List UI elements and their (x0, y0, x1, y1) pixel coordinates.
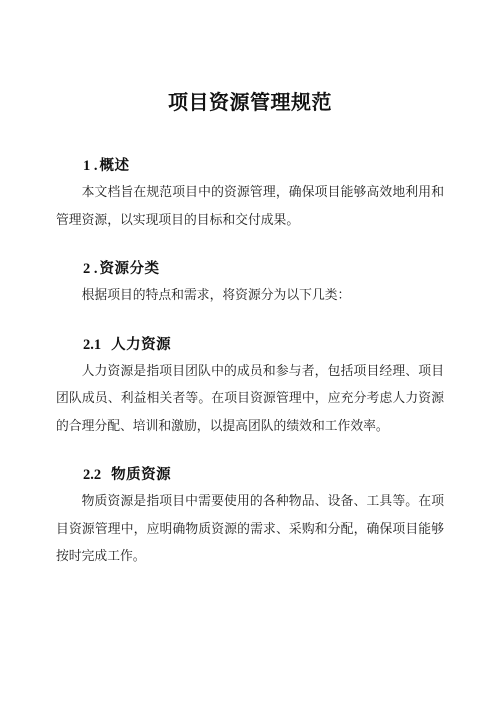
section-heading-text: 概述 (100, 158, 130, 174)
section-heading-text: 资源分类 (100, 261, 160, 277)
section-number: 2 . (83, 261, 98, 277)
paragraph: 物质资源是指项目中需要使用的各种物品、设备、工具等。在项目资源管理中，应明确物质… (56, 488, 444, 571)
section-heading: 2.1人力资源 (56, 335, 444, 356)
document-title: 项目资源管理规范 (56, 0, 444, 116)
paragraph: 根据项目的特点和需求，将资源分为以下几类： (56, 282, 444, 310)
document-page: 项目资源管理规范 1 .概述 本文档旨在规范项目中的资源管理，确保项目能够高效地… (0, 0, 500, 707)
paragraph: 本文档旨在规范项目中的资源管理，确保项目能够高效地利用和管理资源，以实现项目的目… (56, 179, 444, 234)
section-heading: 1 .概述 (56, 156, 444, 177)
section-overview: 1 .概述 本文档旨在规范项目中的资源管理，确保项目能够高效地利用和管理资源，以… (56, 156, 444, 234)
section-heading: 2 .资源分类 (56, 259, 444, 280)
paragraph: 人力资源是指项目团队中的成员和参与者，包括项目经理、项目团队成员、利益相关者等。… (56, 358, 444, 441)
section-heading: 2.2物质资源 (56, 465, 444, 486)
section-number: 2.1 (83, 337, 101, 353)
section-heading-text: 人力资源 (111, 337, 171, 353)
section-heading-text: 物质资源 (111, 467, 171, 483)
section-resource-classification: 2 .资源分类 根据项目的特点和需求，将资源分为以下几类： (56, 259, 444, 310)
section-number: 1 . (83, 158, 98, 174)
section-human-resources: 2.1人力资源 人力资源是指项目团队中的成员和参与者，包括项目经理、项目团队成员… (56, 335, 444, 441)
section-material-resources: 2.2物质资源 物质资源是指项目中需要使用的各种物品、设备、工具等。在项目资源管… (56, 465, 444, 571)
section-number: 2.2 (83, 467, 101, 483)
